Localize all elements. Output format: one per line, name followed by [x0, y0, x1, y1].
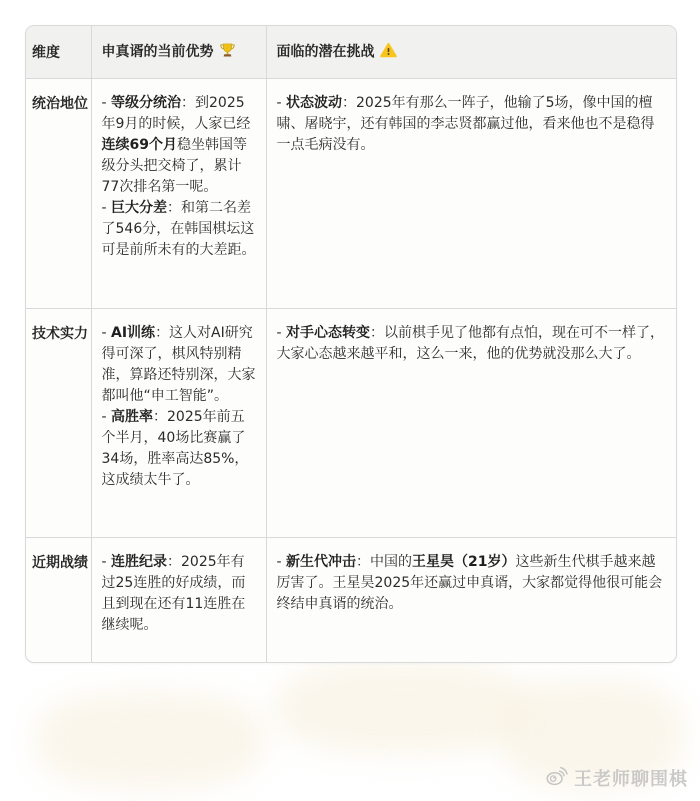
weibo-icon	[545, 764, 569, 792]
page: 维度 申真谞的当前优势 面临的潜在挑战	[0, 0, 700, 801]
dimension-cell: 技术实力	[26, 308, 91, 537]
bullet-item: - 状态波动：2025年有那么一阵子，他输了5场，像中国的檀啸、屠晓宇，还有韩国…	[277, 93, 668, 156]
header-advantages-label: 申真谞的当前优势	[102, 44, 214, 60]
challenges-cell: - 对手心态转变：以前棋手见了他都有点怕，现在可不一样了，大家心态越来越平和，这…	[266, 308, 676, 537]
bullet-item: - 高胜率：2025年前五个半月，40场比赛赢了34场，胜率高达85%，这成绩太…	[102, 407, 257, 491]
advantages-cell: - AI训练：这人对AI研究得可深了，棋风特别精准，算路还特别深，大家都叫他“申…	[91, 308, 266, 537]
bullet-item: - 新生代冲击：中国的王星昊（21岁）这些新生代棋手越来越厉害了。王星昊2025…	[277, 552, 668, 615]
plain-text: ：中国的	[356, 554, 412, 570]
bullet-item: - 等级分统治：到2025年9月的时候，人家已经连续69个月稳坐韩国等级分头把交…	[102, 93, 257, 198]
bold-text: 巨大分差	[111, 200, 167, 216]
header-advantages: 申真谞的当前优势	[91, 26, 266, 78]
bullet-item: - 对手心态转变：以前棋手见了他都有点怕，现在可不一样了，大家心态越来越平和，这…	[277, 323, 668, 365]
plain-text: -	[102, 95, 112, 111]
bold-text: AI训练	[111, 325, 155, 341]
header-challenges-label: 面临的潜在挑战	[277, 44, 375, 60]
advantages-cell: - 连胜纪录：2025年有过25连胜的好成绩，而且到现在还有11连胜在继续呢。	[91, 537, 266, 662]
trophy-icon	[219, 42, 236, 63]
plain-text: -	[277, 325, 287, 341]
dimension-cell: 统治地位	[26, 78, 91, 308]
bullet-item: - AI训练：这人对AI研究得可深了，棋风特别精准，算路还特别深，大家都叫他“申…	[102, 323, 257, 407]
advantages-cell: - 等级分统治：到2025年9月的时候，人家已经连续69个月稳坐韩国等级分头把交…	[91, 78, 266, 308]
bullet-item: - 连胜纪录：2025年有过25连胜的好成绩，而且到现在还有11连胜在继续呢。	[102, 552, 257, 636]
table-row: 统治地位- 等级分统治：到2025年9月的时候，人家已经连续69个月稳坐韩国等级…	[26, 78, 676, 308]
table-row: 近期战绩- 连胜纪录：2025年有过25连胜的好成绩，而且到现在还有11连胜在继…	[26, 537, 676, 662]
bold-text: 状态波动	[286, 95, 342, 111]
bullet-item: - 巨大分差：和第二名差了546分，在韩国棋坛这可是前所未有的大差距。	[102, 198, 257, 261]
plain-text: -	[277, 554, 287, 570]
plain-text: -	[102, 325, 112, 341]
watermark: 王老师聊围棋	[545, 764, 688, 792]
plain-text: -	[102, 409, 112, 425]
plain-text: -	[102, 200, 112, 216]
comparison-table-container: 维度 申真谞的当前优势 面临的潜在挑战	[25, 25, 677, 663]
challenges-cell: - 新生代冲击：中国的王星昊（21岁）这些新生代棋手越来越厉害了。王星昊2025…	[266, 537, 676, 662]
challenges-cell: - 状态波动：2025年有那么一阵子，他输了5场，像中国的檀啸、屠晓宇，还有韩国…	[266, 78, 676, 308]
bold-text: 新生代冲击	[286, 554, 356, 570]
watermark-text: 王老师聊围棋	[574, 765, 688, 791]
bold-text: 连续69个月	[102, 137, 177, 153]
table-body: 统治地位- 等级分统治：到2025年9月的时候，人家已经连续69个月稳坐韩国等级…	[26, 78, 676, 662]
header-dimension-label: 维度	[32, 45, 60, 61]
table-row: 技术实力- AI训练：这人对AI研究得可深了，棋风特别精准，算路还特别深，大家都…	[26, 308, 676, 537]
dimension-cell: 近期战绩	[26, 537, 91, 662]
plain-text: -	[102, 554, 112, 570]
bold-text: 对手心态转变	[286, 325, 370, 341]
bold-text: 王星昊（21岁）	[412, 554, 515, 570]
bold-text: 等级分统治	[111, 95, 181, 111]
background-blotch	[275, 660, 530, 755]
header-dimension: 维度	[26, 26, 91, 78]
plain-text: -	[277, 95, 287, 111]
bold-text: 高胜率	[111, 409, 153, 425]
bold-text: 连胜纪录	[111, 554, 167, 570]
background-blotch	[35, 690, 265, 790]
comparison-table: 维度 申真谞的当前优势 面临的潜在挑战	[26, 26, 676, 662]
warning-icon	[380, 42, 397, 63]
header-row: 维度 申真谞的当前优势 面临的潜在挑战	[26, 26, 676, 78]
header-challenges: 面临的潜在挑战	[266, 26, 676, 78]
